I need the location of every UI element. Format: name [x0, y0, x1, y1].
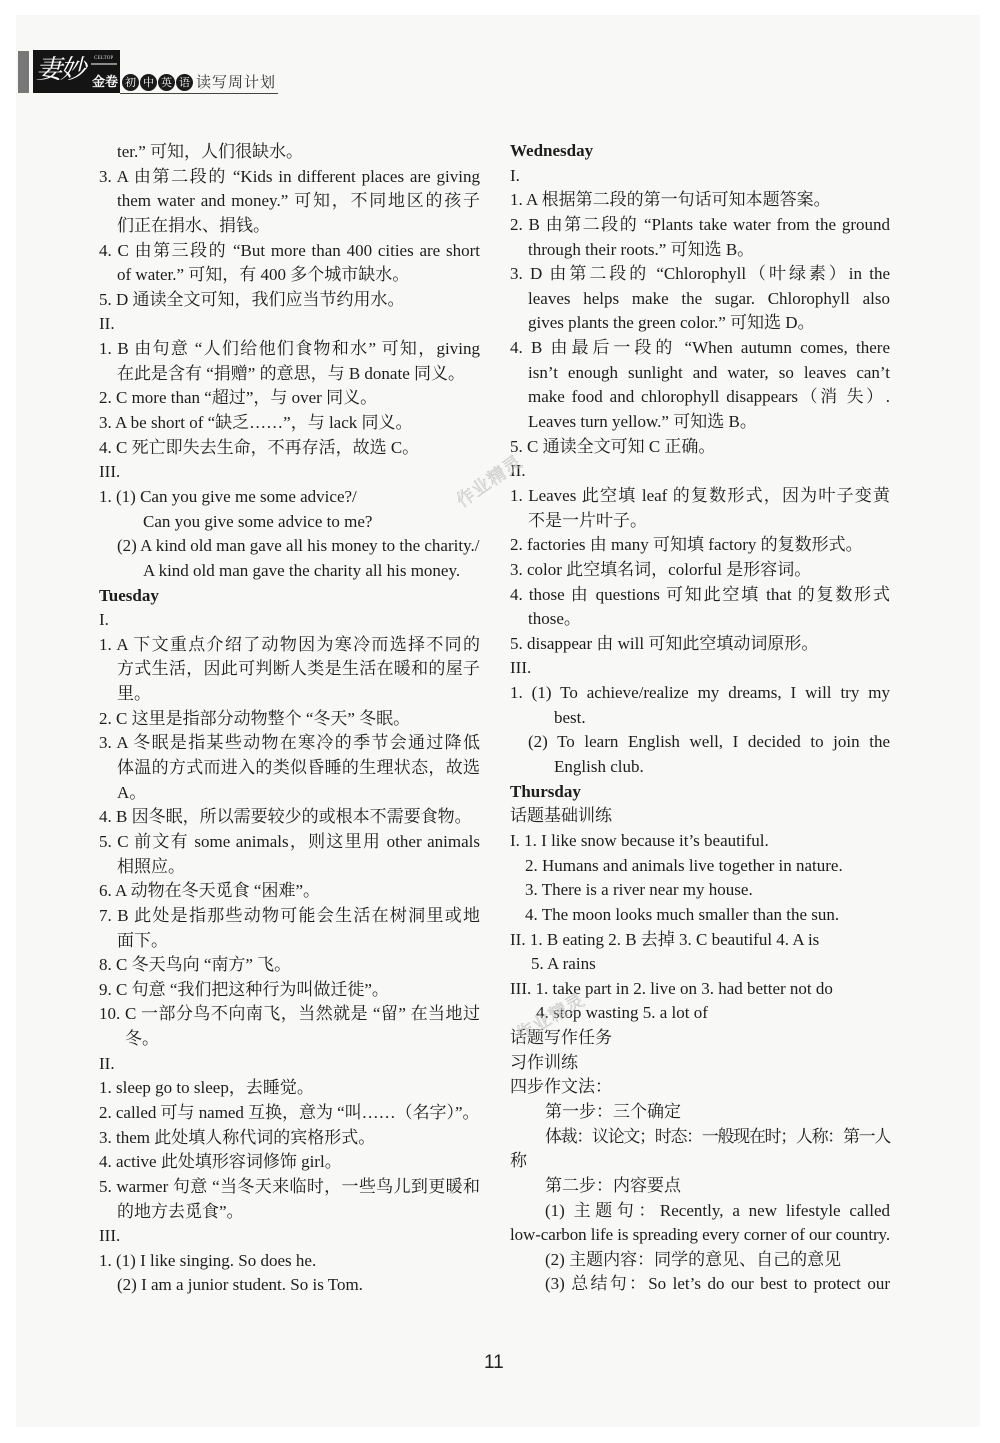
day-heading: Tuesday: [99, 584, 480, 609]
answer-line: II. 1. B eating 2. B 去掉 3. C beautiful 4…: [510, 928, 890, 953]
answer-line: best.: [510, 706, 890, 731]
answer-line: 1. A 下文重点介绍了动物因为寒冷而选择不同的: [99, 633, 480, 658]
answer-line: 2. C 这里是指部分动物整个 “冬天” 冬眠。: [99, 707, 480, 732]
day-heading: Wednesday: [510, 139, 890, 164]
answer-line: 6. A 动物在冬天觅食 “困难”。: [99, 879, 480, 904]
answer-line: ter.” 可知，人们很缺水。: [99, 140, 480, 165]
answer-line: (2) I am a junior student. So is Tom.: [99, 1273, 480, 1298]
answer-line: 1. (1) To achieve/realize my dreams, I w…: [510, 681, 890, 706]
section-label: III.: [510, 656, 890, 681]
answer-line: 1. (1) I like singing. So does he.: [99, 1249, 480, 1274]
answer-line: 4. C 死亡即失去生命，不再存活，故选 C。: [99, 436, 480, 461]
answer-line: 5. A rains: [510, 952, 890, 977]
answer-line: leaves helps make the sugar. Chlorophyll…: [510, 287, 890, 312]
answer-line: 面下。: [99, 929, 480, 954]
answer-line: low-carbon life is spreading every corne…: [510, 1223, 890, 1248]
answer-line: 称: [510, 1149, 890, 1174]
brand-logo: 妻妙 CELTOP 金卷: [33, 50, 120, 93]
section-label: III.: [99, 1224, 480, 1249]
subject-badge: 英: [158, 74, 175, 91]
answer-line: 5. warmer 句意 “当冬天来临时，一些鸟儿到更暖和: [99, 1175, 480, 1200]
answer-line: (1) 主题句：Recently, a new lifestyle called: [510, 1199, 890, 1224]
answer-line: 4. those 由 questions 可知此空填 that 的复数形式: [510, 583, 890, 608]
answer-line: 1. A 根据第二段的第一句话可知本题答案。: [510, 188, 890, 213]
answer-line: 2. called 可与 named 互换，意为 “叫……（名字）”。: [99, 1101, 480, 1126]
section-label: II.: [99, 312, 480, 337]
answer-line: 3. There is a river near my house.: [510, 878, 890, 903]
answer-line: 5. C 前文有 some animals，则这里用 other animals: [99, 830, 480, 855]
answer-line: 8. C 冬天鸟向 “南方” 飞。: [99, 953, 480, 978]
answer-line: 9. C 句意 “我们把这种行为叫做迁徙”。: [99, 978, 480, 1003]
answer-line: 4. C 由第三段的 “But more than 400 cities are…: [99, 239, 480, 264]
answer-line: 1. Leaves 此空填 leaf 的复数形式，因为叶子变黄: [510, 484, 890, 509]
answer-line: 4. active 此处填形容词修饰 girl。: [99, 1150, 480, 1175]
answer-line: those。: [510, 607, 890, 632]
brand-latin-name: CELTOP: [94, 56, 114, 62]
answer-line: 4. B 由最后一段的 “When autumn comes, there: [510, 336, 890, 361]
answer-line: them water and money.” 可知，不同地区的孩子: [99, 189, 480, 214]
answer-line: 1. B 由句意 “人们给他们食物和水” 可知，giving: [99, 337, 480, 362]
answer-line: 3. them 此处填人称代词的宾格形式。: [99, 1126, 480, 1151]
answer-line: 方式生活，因此可判断人类是生活在暖和的屋子: [99, 657, 480, 682]
answer-line: 相照应。: [99, 855, 480, 880]
answer-column-left: ter.” 可知，人们很缺水。3. A 由第二段的 “Kids in diffe…: [99, 140, 480, 1298]
answer-line: 不是一片叶子。: [510, 509, 890, 534]
answer-line: 里。: [99, 682, 480, 707]
answer-line: gives plants the green color.” 可知选 D。: [510, 311, 890, 336]
section-label: II.: [99, 1052, 480, 1077]
answer-line: 1. sleep go to sleep，去睡觉。: [99, 1076, 480, 1101]
answer-line: 4. B 因冬眠，所以需要较少的或根本不需要食物。: [99, 805, 480, 830]
page-number: 11: [484, 1352, 504, 1374]
answer-line: 7. B 此处是指那些动物可能会生活在树洞里或地: [99, 904, 480, 929]
answer-line: 们正在捐水、捐钱。: [99, 214, 480, 239]
subsection-title: 四步作文法：: [510, 1075, 890, 1100]
subject-badge: 语: [176, 74, 193, 91]
answer-line: (2) 主题内容：同学的意见、自己的意见: [510, 1248, 890, 1273]
subsection-title: 话题基础训练: [510, 804, 890, 829]
answer-line: 2. B 由第二段的 “Plants take water from the g…: [510, 213, 890, 238]
day-heading: Thursday: [510, 780, 890, 805]
answer-line: 1. (1) Can you give me some advice?/: [99, 485, 480, 510]
answer-line: 的地方去觅食”。: [99, 1200, 480, 1225]
answer-column-right: WednesdayI.1. A 根据第二段的第一句话可知本题答案。2. B 由第…: [510, 139, 890, 1297]
answer-line: 2. C more than “超过”，与 over 同义。: [99, 386, 480, 411]
subsection-title: 话题写作任务: [510, 1026, 890, 1051]
answer-line: 3. A 由第二段的 “Kids in different places are…: [99, 165, 480, 190]
section-label: III.: [99, 460, 480, 485]
answer-line: A kind old man gave the charity all his …: [99, 559, 480, 584]
answer-line: through their roots.” 可知选 B。: [510, 238, 890, 263]
brand-calligraphy: 妻妙: [36, 52, 84, 88]
answer-line: A。: [99, 781, 480, 806]
answer-line: isn’t enough sunlight and water, so leav…: [510, 361, 890, 386]
section-label: II.: [510, 459, 890, 484]
answer-line: (3) 总结句：So let’s do our best to protect …: [510, 1272, 890, 1297]
answer-line: 第二步：内容要点: [510, 1174, 890, 1199]
header-accent-bar: [18, 51, 29, 93]
answer-line: 体裁：议论文；时态：一般现在时；人称：第一人: [510, 1125, 890, 1150]
answer-line: I. 1. I like snow because it’s beautiful…: [510, 829, 890, 854]
answer-line: 5. D 通读全文可知，我们应当节约用水。: [99, 288, 480, 313]
answer-line: make food and chlorophyll disappears（消 失…: [510, 385, 890, 410]
answer-line: 体温的方式而进入的类似昏睡的生理状态，故选: [99, 756, 480, 781]
subject-badge: 初: [122, 74, 139, 91]
answer-line: 3. A 冬眠是指某些动物在寒冷的季节会通过降低: [99, 731, 480, 756]
answer-line: (2) To learn English well, I decided to …: [510, 730, 890, 755]
header-underline: [120, 93, 278, 94]
answer-line: 2. factories 由 many 可知填 factory 的复数形式。: [510, 533, 890, 558]
answer-line: 3. D 由第二段的 “Chlorophyll（叶绿素）in the: [510, 262, 890, 287]
answer-line: 3. A be short of “缺乏……”，与 lack 同义。: [99, 411, 480, 436]
series-name: 金卷: [92, 75, 118, 91]
answer-line: 10. C 一部分鸟不向南飞，当然就是 “留” 在当地过: [99, 1002, 480, 1027]
answer-line: 冬。: [99, 1027, 480, 1052]
answer-line: 5. disappear 由 will 可知此空填动词原形。: [510, 632, 890, 657]
answer-line: Can you give some advice to me?: [99, 510, 480, 535]
answer-line: Leaves turn yellow.” 可知选 B。: [510, 410, 890, 435]
book-title: 读写周计划: [196, 73, 276, 92]
brand-tagline-decoration: [91, 63, 117, 65]
answer-line: 3. color 此空填名词，colorful 是形容词。: [510, 558, 890, 583]
answer-line: 5. C 通读全文可知 C 正确。: [510, 435, 890, 460]
answer-line: 4. The moon looks much smaller than the …: [510, 903, 890, 928]
section-label: I.: [99, 608, 480, 633]
answer-line: 在此是含有 “捐赠” 的意思，与 B donate 同义。: [99, 362, 480, 387]
subsection-title: 习作训练: [510, 1051, 890, 1076]
answer-line: 第一步：三个确定: [510, 1100, 890, 1125]
subject-badge: 中: [140, 74, 157, 91]
answer-line: of water.” 可知，有 400 多个城市缺水。: [99, 263, 480, 288]
answer-line: English club.: [510, 755, 890, 780]
section-label: I.: [510, 164, 890, 189]
answer-line: (2) A kind old man gave all his money to…: [99, 534, 480, 559]
subject-badges: 初 中 英 语: [122, 74, 193, 91]
answer-line: 2. Humans and animals live together in n…: [510, 854, 890, 879]
